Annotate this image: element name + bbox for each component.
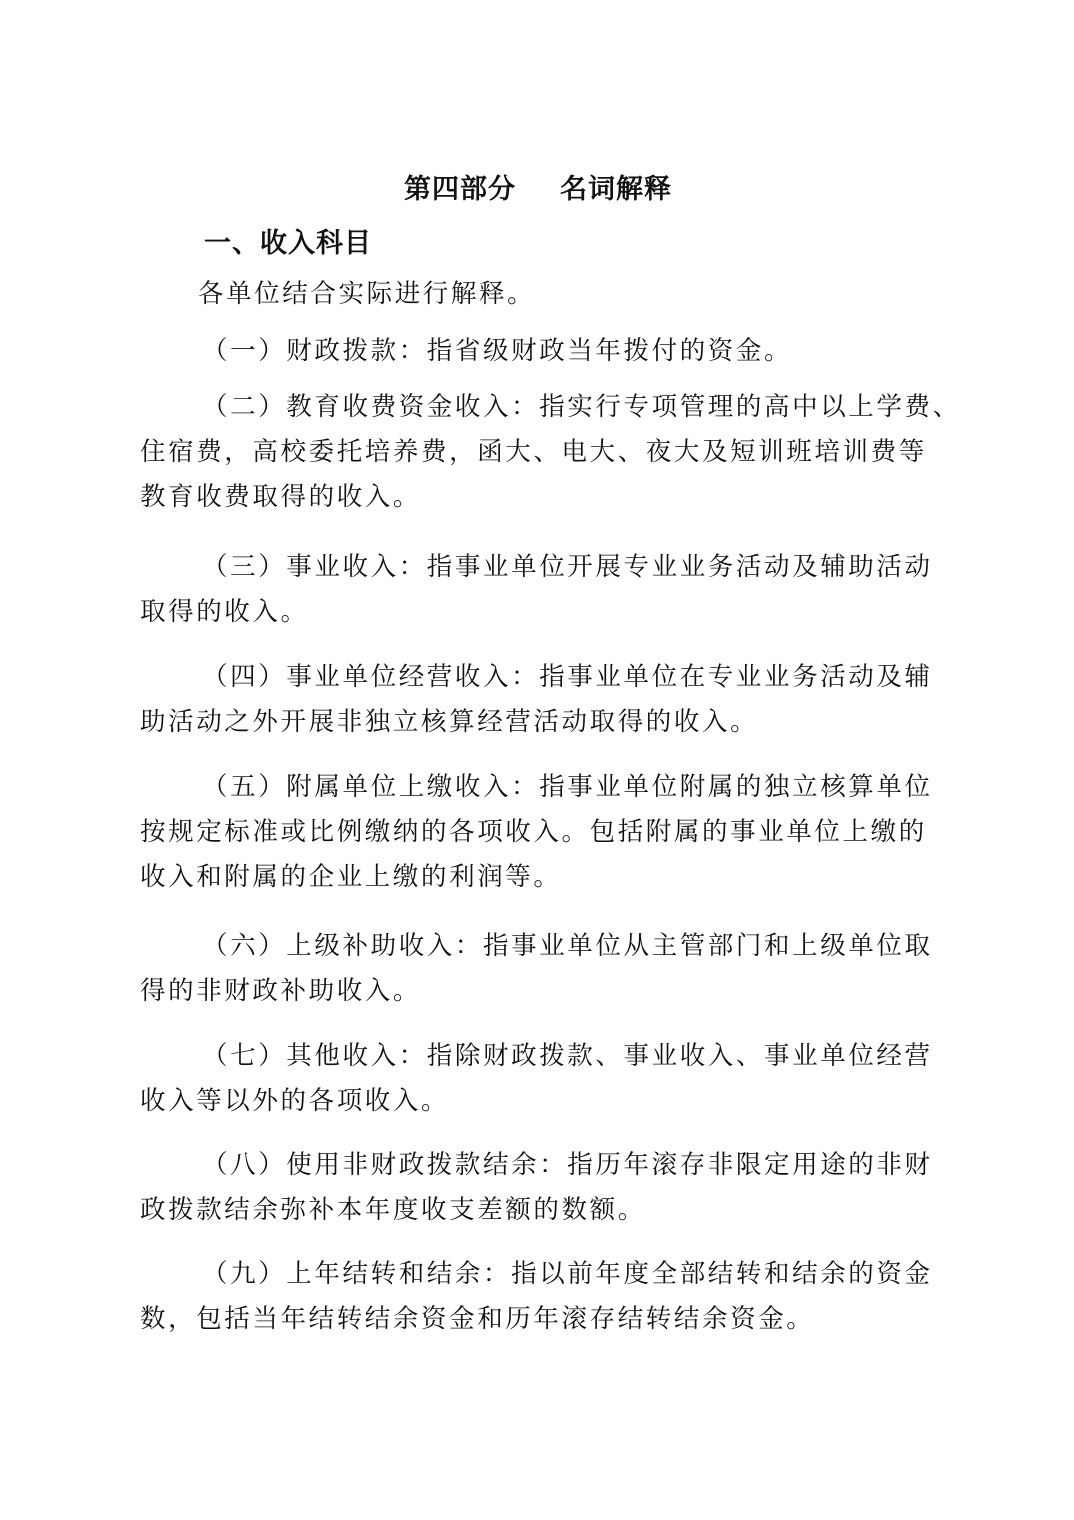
paragraph-line: （四）事业单位经营收入：指事业单位在专业业务活动及辅 bbox=[140, 655, 936, 700]
title-name: 名词解释 bbox=[560, 174, 672, 205]
title-part: 第四部分 bbox=[404, 174, 516, 205]
paragraph-line: 得的非财政补助收入。 bbox=[140, 969, 936, 1014]
paragraph-line: （七）其他收入：指除财政拨款、事业收入、事业单位经营 bbox=[140, 1034, 936, 1079]
item-paragraph-7: （七）其他收入：指除财政拨款、事业收入、事业单位经营 收入等以外的各项收入。 bbox=[140, 1034, 936, 1124]
paragraph-line: （一）财政拨款：指省级财政当年拨付的资金。 bbox=[140, 329, 936, 374]
item-paragraph-9: （九）上年结转和结余：指以前年度全部结转和结余的资金 数，包括当年结转结余资金和… bbox=[140, 1252, 936, 1342]
intro-paragraph: 各单位结合实际进行解释。 bbox=[140, 272, 936, 317]
paragraph-line: （九）上年结转和结余：指以前年度全部结转和结余的资金 bbox=[140, 1252, 936, 1297]
paragraph-line: 数，包括当年结转结余资金和历年滚存结转结余资金。 bbox=[140, 1297, 936, 1342]
paragraph-line: 住宿费，高校委托培养费，函大、电大、夜大及短训班培训费等 bbox=[140, 430, 936, 475]
paragraph-line: 收入和附属的企业上缴的利润等。 bbox=[140, 855, 936, 900]
paragraph-line: （三）事业收入：指事业单位开展专业业务活动及辅助活动 bbox=[140, 545, 936, 590]
paragraph-line: 教育收费取得的收入。 bbox=[140, 475, 936, 520]
paragraph-line: 按规定标准或比例缴纳的各项收入。包括附属的事业单位上缴的 bbox=[140, 810, 936, 855]
paragraph-line: 取得的收入。 bbox=[140, 590, 936, 635]
section-heading: 一、收入科目 bbox=[204, 224, 372, 264]
paragraph-line: （六）上级补助收入：指事业单位从主管部门和上级单位取 bbox=[140, 924, 936, 969]
intro-line: 各单位结合实际进行解释。 bbox=[140, 272, 936, 317]
page-title: 第四部分名词解释 bbox=[140, 170, 936, 210]
item-paragraph-4: （四）事业单位经营收入：指事业单位在专业业务活动及辅 助活动之外开展非独立核算经… bbox=[140, 655, 936, 745]
item-paragraph-1: （一）财政拨款：指省级财政当年拨付的资金。 bbox=[140, 329, 936, 374]
paragraph-line: 政拨款结余弥补本年度收支差额的数额。 bbox=[140, 1188, 936, 1233]
paragraph-line: （二）教育收费资金收入：指实行专项管理的高中以上学费、 bbox=[140, 385, 936, 430]
paragraph-line: 收入等以外的各项收入。 bbox=[140, 1079, 936, 1124]
item-paragraph-6: （六）上级补助收入：指事业单位从主管部门和上级单位取 得的非财政补助收入。 bbox=[140, 924, 936, 1014]
item-paragraph-3: （三）事业收入：指事业单位开展专业业务活动及辅助活动 取得的收入。 bbox=[140, 545, 936, 635]
paragraph-line: （八）使用非财政拨款结余：指历年滚存非限定用途的非财 bbox=[140, 1143, 936, 1188]
item-paragraph-5: （五）附属单位上缴收入：指事业单位附属的独立核算单位 按规定标准或比例缴纳的各项… bbox=[140, 765, 936, 900]
paragraph-line: （五）附属单位上缴收入：指事业单位附属的独立核算单位 bbox=[140, 765, 936, 810]
item-paragraph-2: （二）教育收费资金收入：指实行专项管理的高中以上学费、 住宿费，高校委托培养费，… bbox=[140, 385, 936, 520]
item-paragraph-8: （八）使用非财政拨款结余：指历年滚存非限定用途的非财 政拨款结余弥补本年度收支差… bbox=[140, 1143, 936, 1233]
paragraph-line: 助活动之外开展非独立核算经营活动取得的收入。 bbox=[140, 700, 936, 745]
